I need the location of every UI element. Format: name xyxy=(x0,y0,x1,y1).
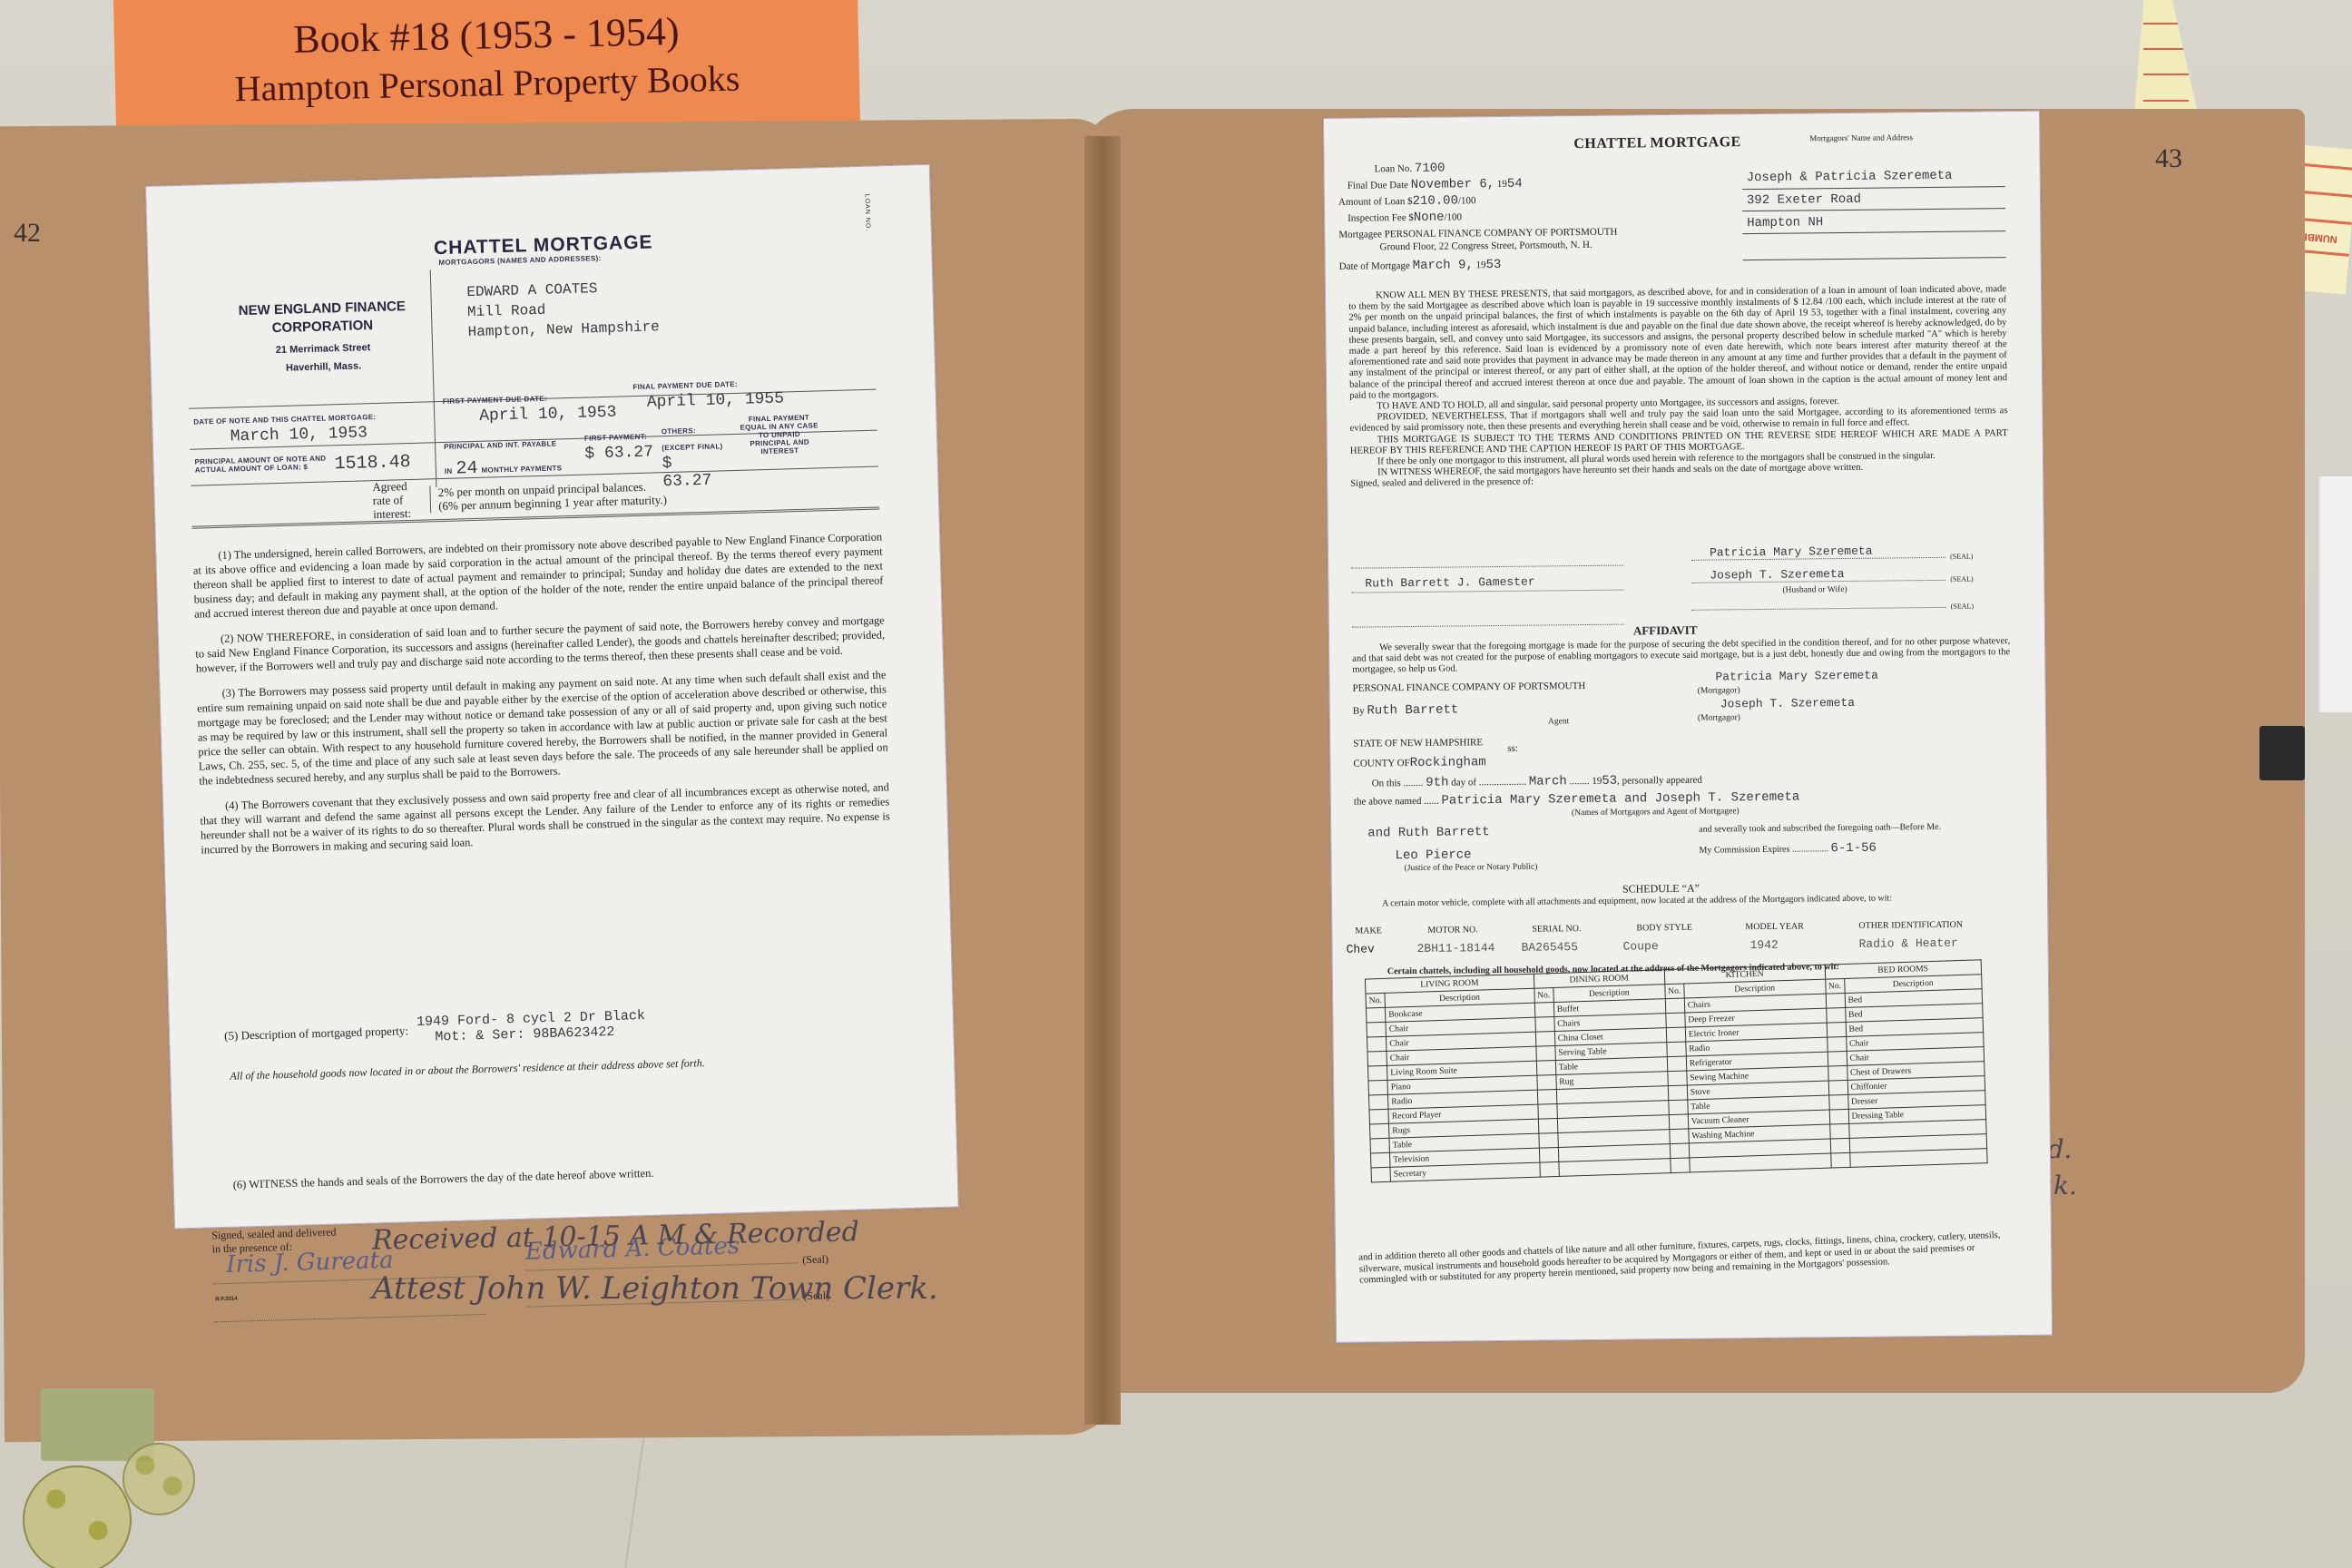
seal-label: (SEAL) xyxy=(1950,553,1973,561)
item-no-cell xyxy=(1665,998,1685,1014)
left-chattel-mortgage: CHATTEL MORTGAGE LOAN NO. NEW ENGLAND FI… xyxy=(145,164,959,1230)
and-agent-field: and Ruth Barrett xyxy=(1367,825,1490,840)
on-year: 53 xyxy=(1602,774,1617,789)
mortgagor-city: Hampton, New Hampshire xyxy=(467,317,660,342)
rate-label: Agreed rate of interest: xyxy=(372,478,427,521)
item-no-cell xyxy=(1370,1152,1390,1168)
amount-label: Amount of Loan $ xyxy=(1338,196,1413,208)
commission-label: My Commission Expires xyxy=(1699,845,1789,856)
item-no-cell xyxy=(1367,1036,1387,1052)
loan-no-label: LOAN NO. xyxy=(864,194,871,232)
item-no-cell xyxy=(1830,1152,1850,1168)
above-named-label: the above named xyxy=(1354,796,1422,808)
state-label: STATE OF NEW HAMPSHIRE xyxy=(1353,737,1483,749)
county-field: COUNTY OFRockingham xyxy=(1353,755,1485,771)
item-no-cell xyxy=(1667,1056,1687,1072)
on-this-label: On this xyxy=(1372,778,1401,789)
vehicle-motor-no: 2BH11-18144 xyxy=(1417,941,1495,955)
clip-charm xyxy=(122,1443,195,1515)
signer-2: Joseph T. Szeremeta xyxy=(1710,567,1844,583)
witness-clause: (6) WITNESS the hands and seals of the B… xyxy=(233,1167,654,1192)
names-note: (Names of Mortgagors and Agent of Mortga… xyxy=(1572,807,1739,818)
item-no-cell xyxy=(1669,1114,1689,1130)
item-description-cell xyxy=(1559,1159,1671,1177)
item-no-cell xyxy=(1668,1085,1688,1101)
vehicle-body-style: Coupe xyxy=(1623,939,1659,953)
loan-no-field: Loan No. 7100 xyxy=(1375,162,1445,177)
item-no-cell xyxy=(1827,1036,1847,1052)
vehicle-values: Chev 2BH11-18144 BA265455 Coupe 1942 Rad… xyxy=(1347,936,2000,943)
item-no-cell xyxy=(1367,1065,1387,1081)
rule xyxy=(1742,230,2005,234)
schedule-title: SCHEDULE “A” xyxy=(1622,882,1700,897)
first-payment-due-label: FIRST PAYMENT DUE DATE: xyxy=(443,395,547,406)
divider xyxy=(430,269,437,487)
affidavit-mortgagor-2: Joseph T. Szeremeta xyxy=(1720,696,1855,711)
item-no-cell xyxy=(1534,1017,1554,1033)
mortgagor-line-1: Joseph & Patricia Szeremeta xyxy=(1747,169,1953,185)
affidavit-mortgagor-1: Patricia Mary Szeremeta xyxy=(1715,669,1878,684)
notary-field: Leo Pierce xyxy=(1395,848,1471,863)
county-value: Rockingham xyxy=(1410,755,1486,770)
vehicle-header-make: MAKE xyxy=(1355,926,1382,936)
year-prefix: 19 xyxy=(1476,260,1486,270)
agent-label: Agent xyxy=(1548,717,1569,726)
principal-field: PRINCIPAL AMOUNT OF NOTE AND ACTUAL AMOU… xyxy=(194,452,411,479)
vehicle-headers: MAKE MOTOR NO. SERIAL NO. BODY STYLE MOD… xyxy=(1355,919,2008,926)
mortgagee-name: PERSONAL FINANCE COMPANY OF PORTSMOUTH xyxy=(1385,227,1618,240)
vehicle-model-year: 1942 xyxy=(1749,938,1778,952)
and-agent-value: and Ruth Barrett xyxy=(1367,825,1490,840)
item-no-cell xyxy=(1666,1042,1686,1057)
payments-prefix: IN xyxy=(445,467,453,475)
per-100: /100 xyxy=(1444,211,1462,222)
item-no-cell xyxy=(1670,1143,1690,1159)
item-no-cell xyxy=(1830,1138,1850,1153)
vehicle-header-motor: MOTOR NO. xyxy=(1427,925,1478,936)
date-of-note-value: March 10, 1953 xyxy=(230,424,377,446)
county-label: COUNTY OF xyxy=(1353,758,1409,769)
commission-field: My Commission Expires ................ 6… xyxy=(1699,841,1877,857)
property-note: All of the household goods now located i… xyxy=(230,1056,705,1083)
agent-name: Ruth Barrett xyxy=(1367,702,1458,718)
property-description: (5) Description of mortgaged property: 1… xyxy=(224,1017,646,1051)
rule xyxy=(1743,257,2006,260)
oath-text: and severally took and subscribed the fo… xyxy=(1699,822,1941,835)
notary-label: (Justice of the Peace or Notary Public) xyxy=(1405,863,1538,874)
item-no-cell xyxy=(1668,1100,1688,1115)
item-no-cell xyxy=(1537,1103,1557,1119)
lender-block: NEW ENGLAND FINANCE CORPORATION 21 Merri… xyxy=(222,298,424,379)
item-no-cell xyxy=(1534,1003,1554,1018)
item-no-cell xyxy=(1536,1075,1556,1091)
by-label: By xyxy=(1353,706,1365,717)
item-no-cell xyxy=(1538,1132,1558,1148)
vehicle-serial-no: BA265455 xyxy=(1522,940,1579,955)
page-number-right: 43 xyxy=(2155,143,2182,174)
item-no-cell xyxy=(1539,1161,1559,1177)
date-of-mortgage-field: Date of Mortgage March 9, 1953 xyxy=(1339,258,1502,274)
year-prefix: 19 xyxy=(1497,179,1507,190)
item-description-cell xyxy=(1690,1153,1831,1172)
mortgagor-line-2: 392 Exeter Road xyxy=(1747,192,1861,208)
payments-field: PRINCIPAL AND INT. PAYABLE IN 24 MONTHLY… xyxy=(444,434,563,480)
clause-1: (1) The undersigned, herein called Borro… xyxy=(192,529,884,621)
husband-wife-note: (Husband or Wife) xyxy=(1782,585,1847,595)
per-100: /100 xyxy=(1458,195,1476,206)
payments-suffix: MONTHLY PAYMENTS xyxy=(481,464,562,474)
date-label: Date of Mortgage xyxy=(1339,260,1410,272)
vehicle-header-other: OTHER IDENTIFICATION xyxy=(1858,920,1963,931)
mortgage-clauses: (1) The undersigned, herein called Borro… xyxy=(192,529,891,867)
mortgagor-address: EDWARD A COATES Mill Road Hampton, New H… xyxy=(466,277,660,342)
others-field: OTHERS: (EXCEPT FINAL) $ 63.27 xyxy=(661,420,726,491)
affidavit-paragraph: We severally swear that the foregoing mo… xyxy=(1352,636,2010,676)
signer-line-3[interactable] xyxy=(1692,607,1946,611)
item-no-cell xyxy=(1370,1138,1390,1153)
principal-label: PRINCIPAL AMOUNT OF NOTE AND ACTUAL AMOU… xyxy=(194,454,330,474)
item-no-cell xyxy=(1826,1007,1846,1023)
item-no-cell xyxy=(1536,1061,1556,1076)
mortgagee-label: Mortgagee xyxy=(1338,229,1382,240)
item-no-cell xyxy=(1535,1032,1555,1047)
page-number-left: 42 xyxy=(14,218,41,249)
witness-line-1[interactable] xyxy=(1351,565,1623,569)
property-label: (5) Description of mortgaged property: xyxy=(224,1024,408,1043)
affidavit-company: PERSONAL FINANCE COMPANY OF PORTSMOUTH xyxy=(1353,681,1586,694)
clip-charm xyxy=(23,1465,132,1568)
mortgagee-address: Ground Floor, 22 Congress Street, Portsm… xyxy=(1379,240,1592,252)
clause-3: (3) The Borrowers may possess said prope… xyxy=(196,667,888,788)
right-doc-title: CHATTEL MORTGAGE xyxy=(1573,134,1741,152)
ss-label: ss: xyxy=(1507,743,1518,754)
item-no-cell xyxy=(1368,1094,1388,1110)
mortgagor-label: (Mortgagor) xyxy=(1698,713,1740,722)
personally-appeared: , personally appeared xyxy=(1617,775,1702,787)
inspection-label: Inspection Fee $ xyxy=(1347,212,1414,224)
household-chattels-table: LIVING ROOM DINING ROOM KITCHEN BED ROOM… xyxy=(1365,959,1988,1182)
affidavit-title: AFFIDAVIT xyxy=(1633,623,1698,639)
col-no: No. xyxy=(1366,993,1386,1008)
item-no-cell xyxy=(1670,1158,1690,1173)
clause-2: (2) NOW THEREFORE, in consideration of s… xyxy=(195,612,886,675)
mortgagors-header: Mortgagors' Name and Address xyxy=(1809,132,1913,142)
schedule-intro-text: A certain motor vehicle, complete with a… xyxy=(1355,892,2013,910)
vehicle-header-year: MODEL YEAR xyxy=(1745,922,1804,933)
item-no-cell xyxy=(1538,1118,1558,1133)
schedule-intro: A certain motor vehicle, complete with a… xyxy=(1355,892,2013,910)
item-no-cell xyxy=(1537,1089,1557,1104)
inspection-value: None xyxy=(1414,211,1445,225)
final-due-field: Final Due Date November 6, 1954 xyxy=(1347,177,1523,193)
vehicle-other-id: Radio & Heater xyxy=(1858,936,1957,951)
item-no-cell xyxy=(1828,1065,1847,1081)
final-payment-note: FINAL PAYMENT EQUAL IN ANY CASE TO UNPAI… xyxy=(738,413,820,456)
chattels-footer: and in addition thereto all other goods … xyxy=(1358,1230,2013,1288)
item-no-cell xyxy=(1828,1094,1848,1110)
inspection-fee-field: Inspection Fee $None/100 xyxy=(1347,210,1462,225)
item-no-cell xyxy=(1535,1046,1555,1062)
on-day: 9th xyxy=(1426,776,1448,790)
final-due-label: Final Due Date xyxy=(1347,180,1408,191)
above-named-value: Patricia Mary Szeremeta and Joseph T. Sz… xyxy=(1441,790,1799,808)
item-no-cell xyxy=(1368,1080,1388,1095)
book-gutter xyxy=(1084,136,1121,1425)
body-paragraph-1: KNOW ALL MEN BY THESE PRESENTS, that sai… xyxy=(1348,284,2007,402)
others-label: OTHERS: (EXCEPT FINAL) xyxy=(661,426,723,452)
vehicle-header-serial: SERIAL NO. xyxy=(1532,924,1581,935)
item-no-cell xyxy=(1827,1022,1847,1037)
first-payment-due-field: FIRST PAYMENT DUE DATE: April 10, 1953 xyxy=(442,387,616,426)
payable-label: PRINCIPAL AND INT. PAYABLE xyxy=(444,439,556,450)
rule xyxy=(1742,186,2005,190)
seal-label: (SEAL) xyxy=(1951,603,1974,611)
lender-name: NEW ENGLAND FINANCE CORPORATION xyxy=(222,298,423,339)
item-description-cell xyxy=(1849,1149,1987,1168)
clause-4: (4) The Borrowers covenant that they exc… xyxy=(200,779,890,857)
col-no: No. xyxy=(1825,978,1845,994)
final-due-value: November 6, xyxy=(1411,177,1495,192)
item-no-cell xyxy=(1367,1022,1387,1037)
commission-value: 6-1-56 xyxy=(1830,841,1877,857)
date-year: 53 xyxy=(1486,258,1502,272)
first-payment-due-value: April 10, 1953 xyxy=(479,404,617,426)
final-payment-due-label: FINAL PAYMENT DUE DATE: xyxy=(632,380,738,391)
chattel-rows: BookcaseBuffetChairsBedChairChairsDeep F… xyxy=(1366,989,1987,1182)
final-due-year: 54 xyxy=(1507,177,1523,191)
attest-note: Attest John W. Leighton Town Clerk. xyxy=(372,1270,938,1307)
day-of-label: day of xyxy=(1451,777,1476,788)
witness-signature: Iris J. Gureata xyxy=(226,1247,394,1279)
form-number: R.P.3314 xyxy=(215,1297,237,1303)
seal-label: (SEAL) xyxy=(1950,575,1973,583)
amount-value: 210.00 xyxy=(1412,193,1458,209)
first-payment-field: FIRST PAYMENT: $ 63.27 xyxy=(584,426,654,463)
item-no-cell xyxy=(1369,1123,1389,1139)
col-no: No. xyxy=(1534,988,1553,1004)
first-payment-value: $ 63.27 xyxy=(584,443,653,463)
item-no-cell xyxy=(1371,1167,1391,1182)
seal-label: (Seal) xyxy=(802,1252,828,1267)
loan-no-label: Loan No. xyxy=(1375,163,1413,174)
item-no-cell xyxy=(1829,1123,1849,1139)
final-payment-due-field: FINAL PAYMENT DUE DATE: April 10, 1955 xyxy=(632,373,784,412)
item-no-cell xyxy=(1669,1129,1689,1144)
final-payment-due-value: April 10, 1955 xyxy=(647,389,785,411)
first-payment-label: FIRST PAYMENT: xyxy=(584,433,647,443)
mortgagee-field: Mortgagee PERSONAL FINANCE COMPANY OF PO… xyxy=(1338,227,1617,240)
mortgagor-line-3: Hampton NH xyxy=(1747,215,1823,230)
affidavit-by: By Ruth Barrett xyxy=(1353,702,1459,718)
vehicle-header-body: BODY STYLE xyxy=(1636,923,1692,934)
on-month: March xyxy=(1529,774,1567,789)
witness-line-3[interactable] xyxy=(1352,624,1624,628)
col-no: No. xyxy=(1664,984,1684,999)
vehicle-make: Chev xyxy=(1347,942,1375,955)
year-prefix: 19 xyxy=(1592,776,1602,787)
witness-name: Ruth Barrett J. Gamester xyxy=(1365,575,1534,591)
item-no-cell xyxy=(1539,1147,1559,1162)
binder-clip-black xyxy=(2259,726,2305,780)
item-no-cell xyxy=(1367,1051,1387,1066)
date-of-note-field: DATE OF NOTE AND THIS CHATTEL MORTGAGE: … xyxy=(193,407,377,447)
date-value: March 9, xyxy=(1413,258,1474,273)
item-no-cell xyxy=(1828,1080,1848,1095)
rule xyxy=(1742,208,2005,211)
rate-text: 2% per month on unpaid principal balance… xyxy=(430,479,668,513)
notary-name: Leo Pierce xyxy=(1395,848,1471,863)
amount-field: Amount of Loan $210.00/100 xyxy=(1338,193,1476,210)
paper-stack xyxy=(2318,476,2352,712)
item-no-cell xyxy=(1826,993,1846,1008)
item-no-cell xyxy=(1666,1027,1686,1043)
item-no-cell xyxy=(1829,1109,1849,1124)
item-no-cell xyxy=(1665,1013,1685,1028)
right-chattel-mortgage: CHATTEL MORTGAGE Mortgagors' Name and Ad… xyxy=(1323,111,2053,1343)
item-no-cell xyxy=(1369,1109,1389,1124)
affidavit-text: We severally swear that the foregoing mo… xyxy=(1352,636,2010,676)
principal-value: 1518.48 xyxy=(334,452,411,475)
mortgage-body: KNOW ALL MEN BY THESE PRESENTS, that sai… xyxy=(1348,284,2008,490)
item-no-cell xyxy=(1828,1051,1847,1066)
loan-no-value: 7100 xyxy=(1415,162,1445,176)
on-this-field: On this ........ 9th day of ............… xyxy=(1372,773,1702,791)
item-no-cell xyxy=(1667,1071,1687,1086)
item-no-cell xyxy=(1366,1007,1386,1023)
mortgagor-label: (Mortgagor) xyxy=(1698,686,1740,695)
